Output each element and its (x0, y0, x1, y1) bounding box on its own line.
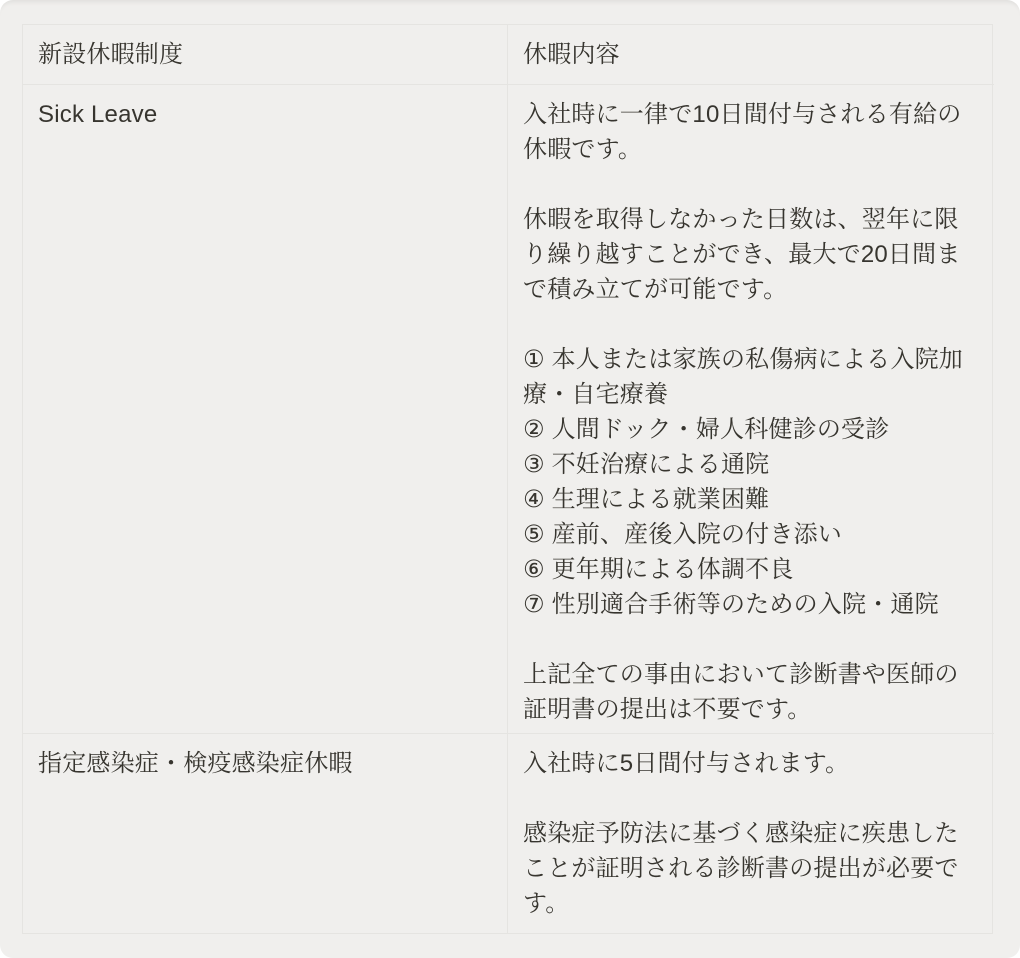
leave-detail-cell-infectious-disease: 入社時に5日間付与されます。 感染症予防法に基づく感染症に疾患した ことが証明さ… (508, 734, 994, 933)
leave-policy-table: 新設休暇制度 休暇内容 Sick Leave 入社時に一律で10日間付与される有… (22, 24, 993, 934)
column-header-leave-detail: 休暇内容 (508, 25, 994, 85)
leave-name-cell-sick-leave: Sick Leave (23, 85, 508, 734)
leave-name-cell-infectious-disease: 指定感染症・検疫感染症休暇 (23, 734, 508, 933)
screenshot-stage: 新設休暇制度 休暇内容 Sick Leave 入社時に一律で10日間付与される有… (0, 0, 1020, 958)
leave-policy-card: 新設休暇制度 休暇内容 Sick Leave 入社時に一律で10日間付与される有… (0, 0, 1020, 958)
column-header-leave-name: 新設休暇制度 (23, 25, 508, 85)
leave-detail-cell-sick-leave: 入社時に一律で10日間付与される有給の 休暇です。 休暇を取得しなかった日数は、… (508, 85, 994, 734)
